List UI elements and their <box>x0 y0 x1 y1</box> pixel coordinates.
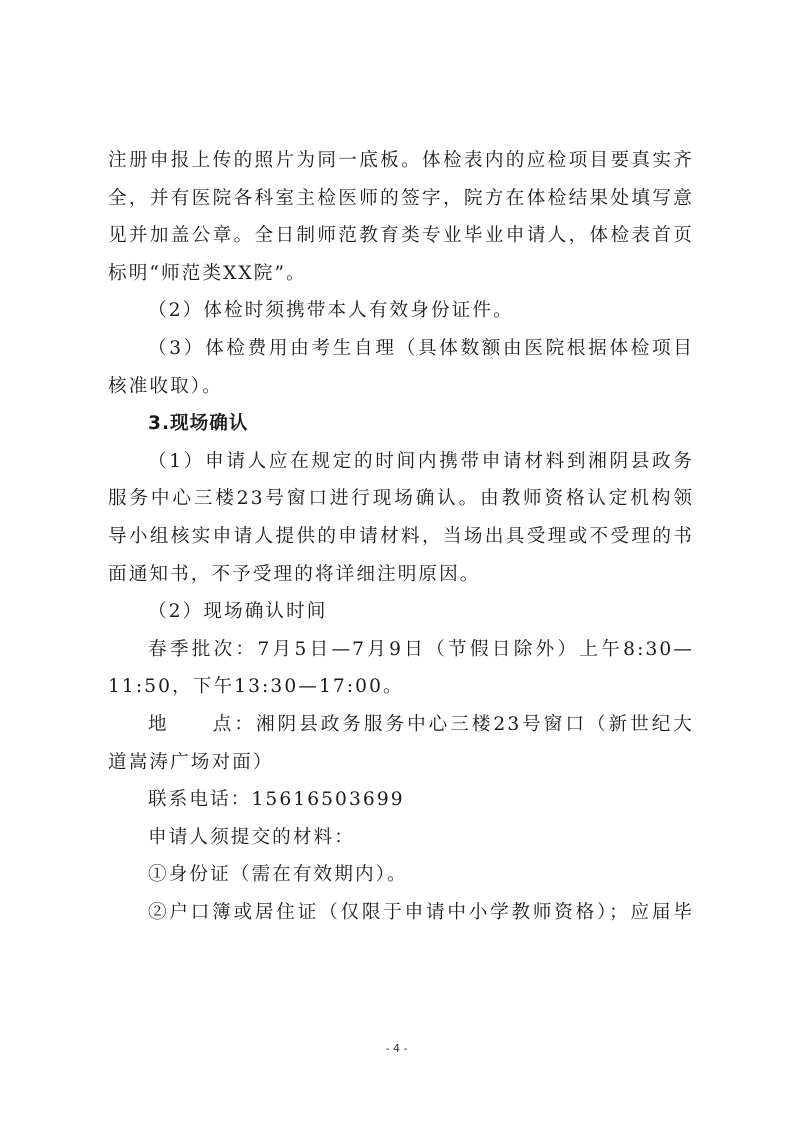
paragraph-phone: 联系电话：15616503699 <box>108 781 694 819</box>
list-item: ①身份证（需在有效期内）。 <box>108 856 694 894</box>
paragraph-location: 地 点：湘阴县政务服务中心三楼23号窗口（新世纪大 道嵩涛广场对面） <box>108 706 694 781</box>
contact-phone: 联系电话：15616503699 <box>108 781 694 819</box>
text-line: 见并加盖公章。全日制师范教育类专业毕业申请人，体检表首页 <box>108 217 694 255</box>
paragraph-item-2-id: （2）体检时须携带本人有效身份证件。 <box>108 292 694 330</box>
text-line: 申请人须提交的材料： <box>108 819 694 857</box>
text-line: 标明“师范类XX院”。 <box>108 255 694 293</box>
text-line: （1）申请人应在规定的时间内携带申请材料到湘阴县政务 <box>108 443 694 481</box>
paragraph-item-3-fee: （3）体检费用由考生自理（具体数额由医院根据体检项目 核准收取）。 <box>108 330 694 405</box>
paragraph-material-1: ①身份证（需在有效期内）。 <box>108 856 694 894</box>
text-line: （2）体检时须携带本人有效身份证件。 <box>108 292 694 330</box>
text-line: 服务中心三楼23号窗口进行现场确认。由教师资格认定机构领 <box>108 480 694 518</box>
text-line: 全，并有医院各科室主检医师的签字，院方在体检结果处填写意 <box>108 180 694 218</box>
paragraph-onsite-item-1: （1）申请人应在规定的时间内携带申请材料到湘阴县政务 服务中心三楼23号窗口进行… <box>108 443 694 593</box>
text-line: （2）现场确认时间 <box>108 593 694 631</box>
text-line: 地 点：湘阴县政务服务中心三楼23号窗口（新世纪大 <box>108 706 694 744</box>
text-line: （3）体检费用由考生自理（具体数额由医院根据体检项目 <box>108 330 694 368</box>
text-line: 导小组核实申请人提供的申请材料，当场出具受理或不受理的书 <box>108 518 694 556</box>
paragraph-spring-batch: 春季批次：7月5日—7月9日（节假日除外）上午8:30— 11:50，下午13:… <box>108 631 694 706</box>
page-number: - 4 - <box>0 1042 793 1055</box>
document-page: 注册申报上传的照片为同一底板。体检表内的应检项目要真实齐 全，并有医院各科室主检… <box>108 142 694 931</box>
list-item: ②户口簿或居住证（仅限于申请中小学教师资格）；应届毕 <box>108 894 694 932</box>
text-line: 春季批次：7月5日—7月9日（节假日除外）上午8:30— <box>108 631 694 669</box>
paragraph-materials-intro: 申请人须提交的材料： <box>108 819 694 857</box>
paragraph-onsite-item-2: （2）现场确认时间 <box>108 593 694 631</box>
paragraph-photo-requirement: 注册申报上传的照片为同一底板。体检表内的应检项目要真实齐 全，并有医院各科室主检… <box>108 142 694 292</box>
section-heading-onsite-confirmation: 3.现场确认 <box>108 405 694 443</box>
text-line: 核准收取）。 <box>108 368 694 406</box>
paragraph-material-2: ②户口簿或居住证（仅限于申请中小学教师资格）；应届毕 <box>108 894 694 932</box>
text-line: 11:50，下午13:30—17:00。 <box>108 668 694 706</box>
text-line: 注册申报上传的照片为同一底板。体检表内的应检项目要真实齐 <box>108 142 694 180</box>
text-line: 面通知书，不予受理的将详细注明原因。 <box>108 556 694 594</box>
text-line: 道嵩涛广场对面） <box>108 744 694 782</box>
